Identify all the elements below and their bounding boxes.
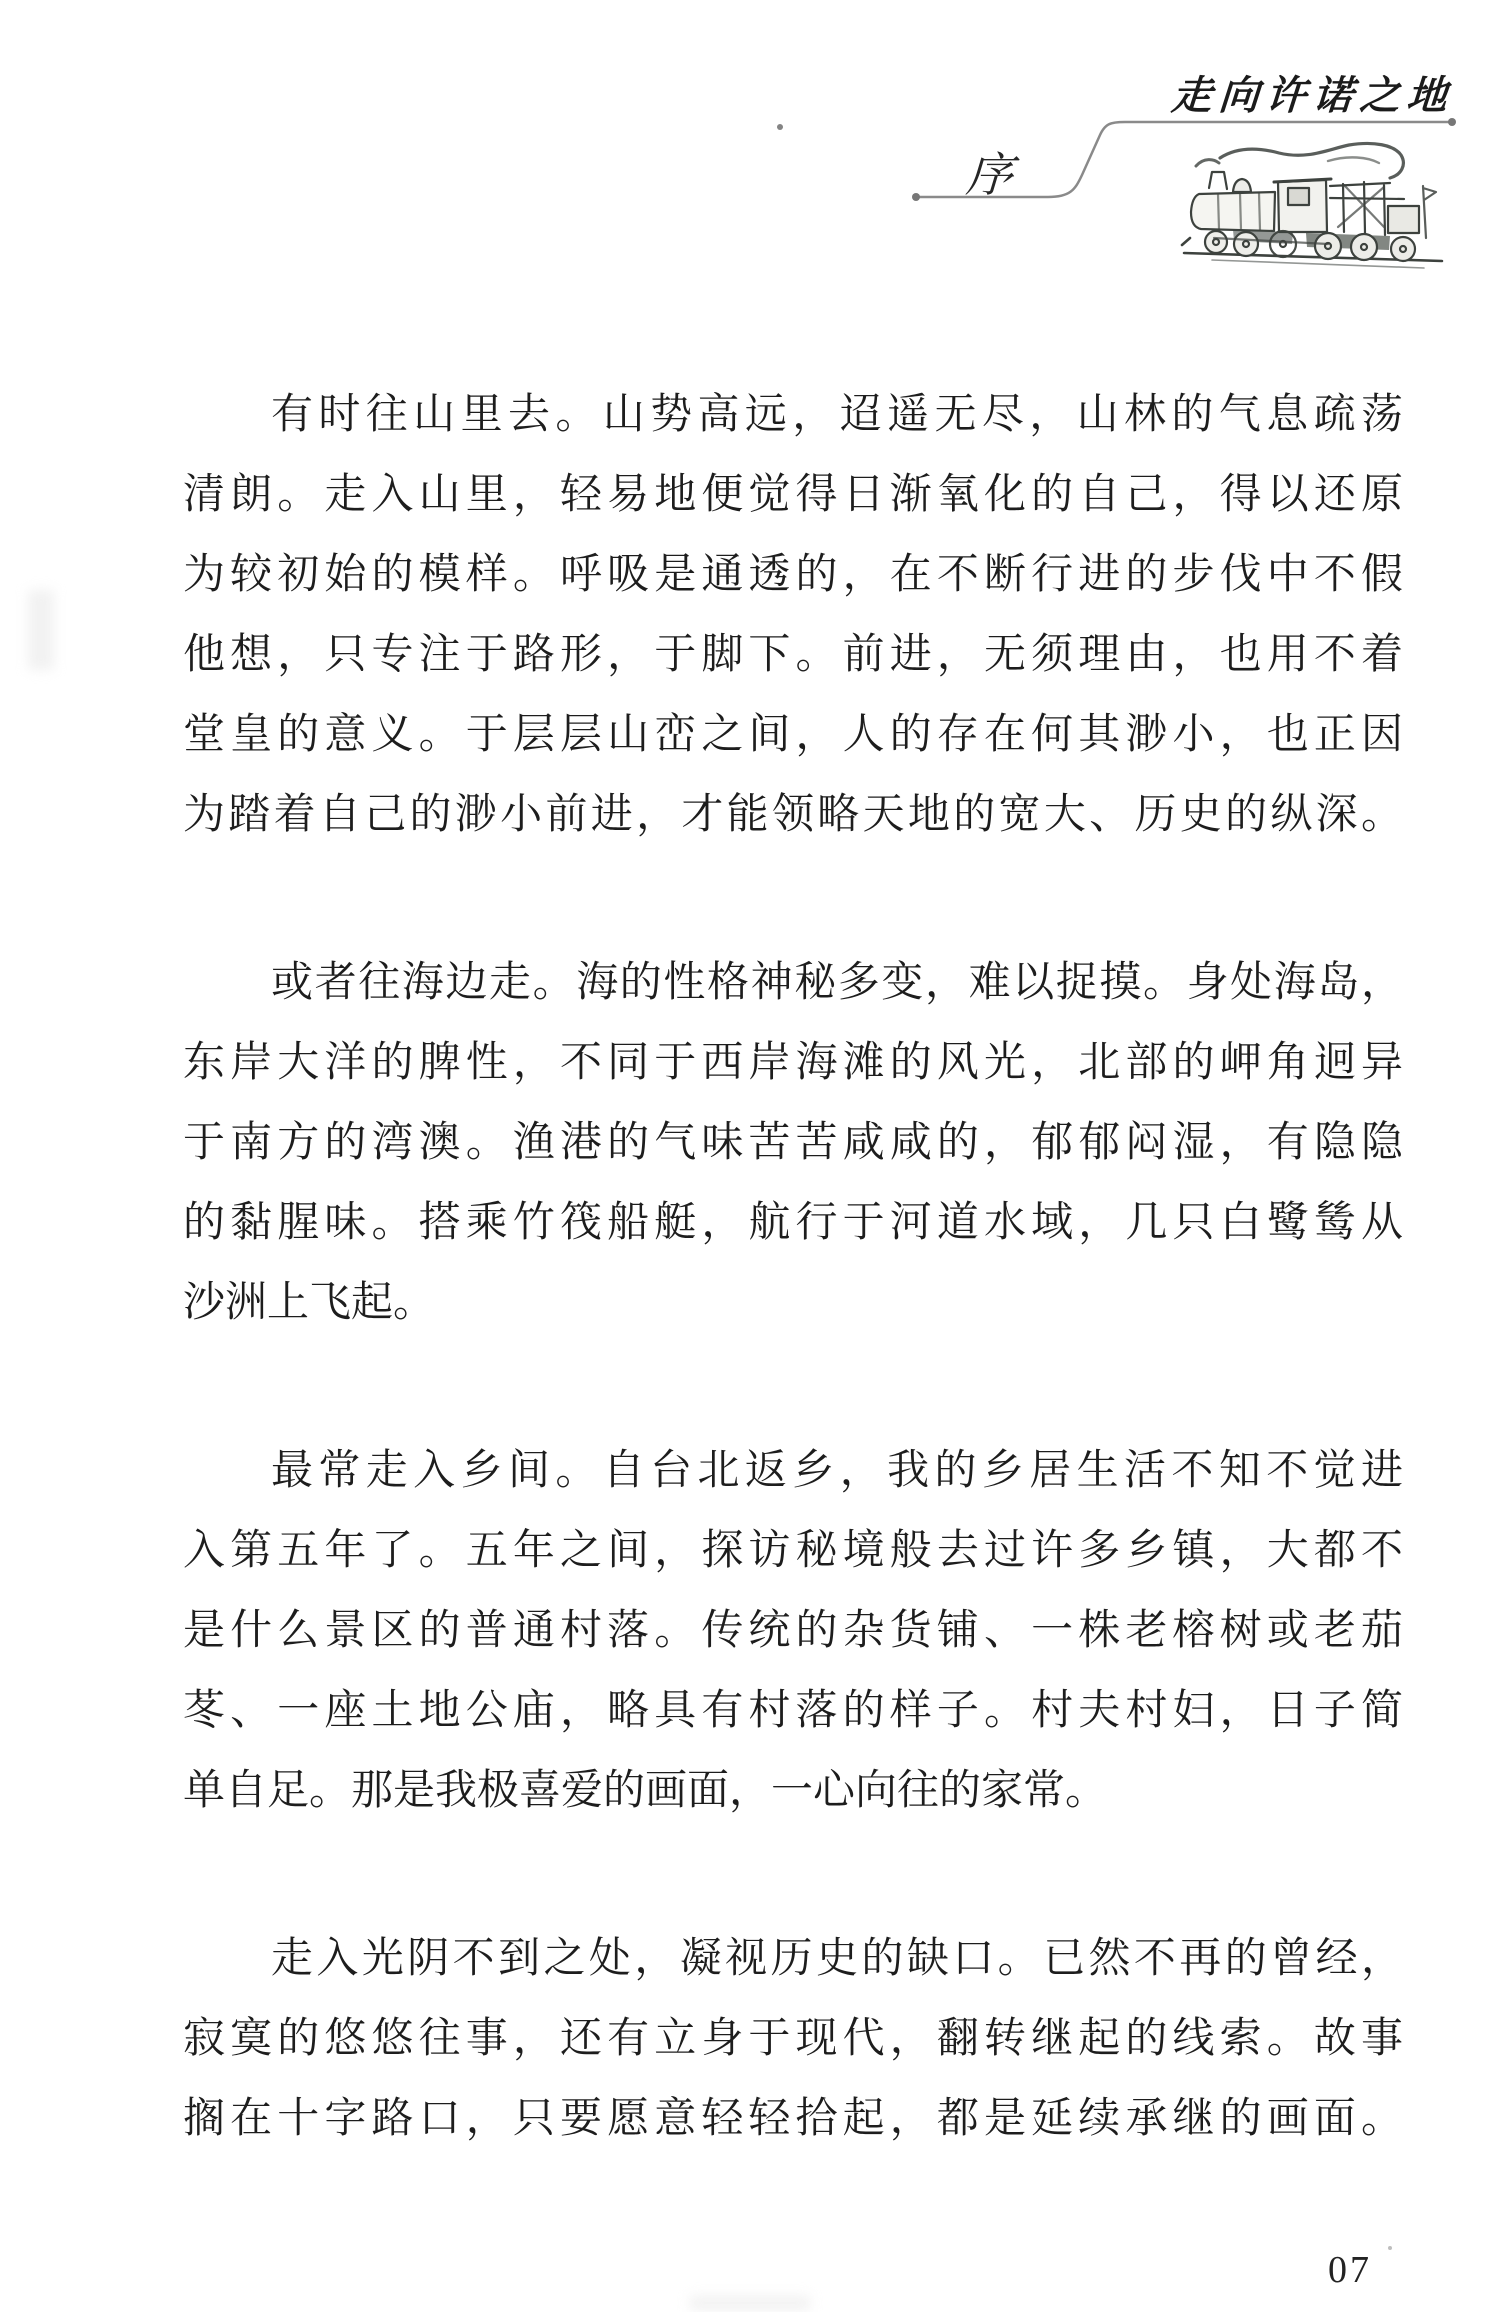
text-line: 有时往山里去。山势高远，迢遥无尽，山林的气息疏荡 [183, 375, 1403, 455]
text-line: 东岸大洋的脾性，不同于西岸海滩的风光，北部的岬角迥异 [183, 1023, 1403, 1103]
text-line: 或者往海边走。海的性格神秘多变，难以捉摸。身处海岛， [183, 943, 1403, 1023]
text-line: 入第五年了。五年之间，探访秘境般去过许多乡镇，大都不 [183, 1511, 1403, 1591]
body-text: 有时往山里去。山势高远，迢遥无尽，山林的气息疏荡清朗。走入山里，轻易地便觉得日渐… [183, 375, 1403, 2159]
text-line: 清朗。走入山里，轻易地便觉得日渐氧化的自己，得以还原 [183, 455, 1403, 535]
text-line: 走入光阴不到之处，凝视历史的缺口。已然不再的曾经， [183, 1919, 1403, 1999]
text-line: 是什么景区的普通村落。传统的杂货铺、一株老榕树或老茄 [183, 1591, 1403, 1671]
text-line: 为踏着自己的渺小前进，才能领略天地的宽大、历史的纵深。 [183, 775, 1403, 855]
train-illustration [1178, 126, 1450, 276]
text-line: 沙洲上飞起。 [183, 1263, 1403, 1343]
scan-smudge [28, 590, 54, 670]
text-line: 为较初始的模样。呼吸是通透的，在不断行进的步伐中不假 [183, 535, 1403, 615]
paragraph: 或者往海边走。海的性格神秘多变，难以捉摸。身处海岛，东岸大洋的脾性，不同于西岸海… [183, 943, 1403, 1343]
text-line: 的黏腥味。搭乘竹筏船艇，航行于河道水域，几只白鹭鸶从 [183, 1183, 1403, 1263]
chapter-title: 序 [964, 138, 1015, 205]
paragraph: 最常走入乡间。自台北返乡，我的乡居生活不知不觉进入第五年了。五年之间，探访秘境般… [183, 1431, 1403, 1831]
text-line: 他想，只专注于路形，于脚下。前进，无须理由，也用不着 [183, 615, 1403, 695]
paragraph: 走入光阴不到之处，凝视历史的缺口。已然不再的曾经，寂寞的悠悠往事，还有立身于现代… [183, 1919, 1403, 2159]
text-line: 堂皇的意义。于层层山峦之间，人的存在何其渺小，也正因 [183, 695, 1403, 775]
text-line: 单自足。那是我极喜爱的画面，一心向往的家常。 [183, 1751, 1403, 1831]
paragraph: 有时往山里去。山势高远，迢遥无尽，山林的气息疏荡清朗。走入山里，轻易地便觉得日渐… [183, 375, 1403, 855]
page-number: 07 [1328, 2248, 1372, 2292]
scan-smudge [690, 2296, 810, 2310]
text-line: 寂寞的悠悠往事，还有立身于现代，翻转继起的线索。故事 [183, 1999, 1403, 2079]
ink-speck [1388, 2246, 1392, 2250]
ink-speck [777, 124, 783, 130]
text-line: 搁在十字路口，只要愿意轻轻拾起，都是延续承继的画面。 [183, 2079, 1403, 2159]
text-line: 于南方的湾澳。渔港的气味苦苦咸咸的，郁郁闷湿，有隐隐 [183, 1103, 1403, 1183]
text-line: 最常走入乡间。自台北返乡，我的乡居生活不知不觉进 [183, 1431, 1403, 1511]
text-line: 苳、一座土地公庙，略具有村落的样子。村夫村妇，日子简 [183, 1671, 1403, 1751]
